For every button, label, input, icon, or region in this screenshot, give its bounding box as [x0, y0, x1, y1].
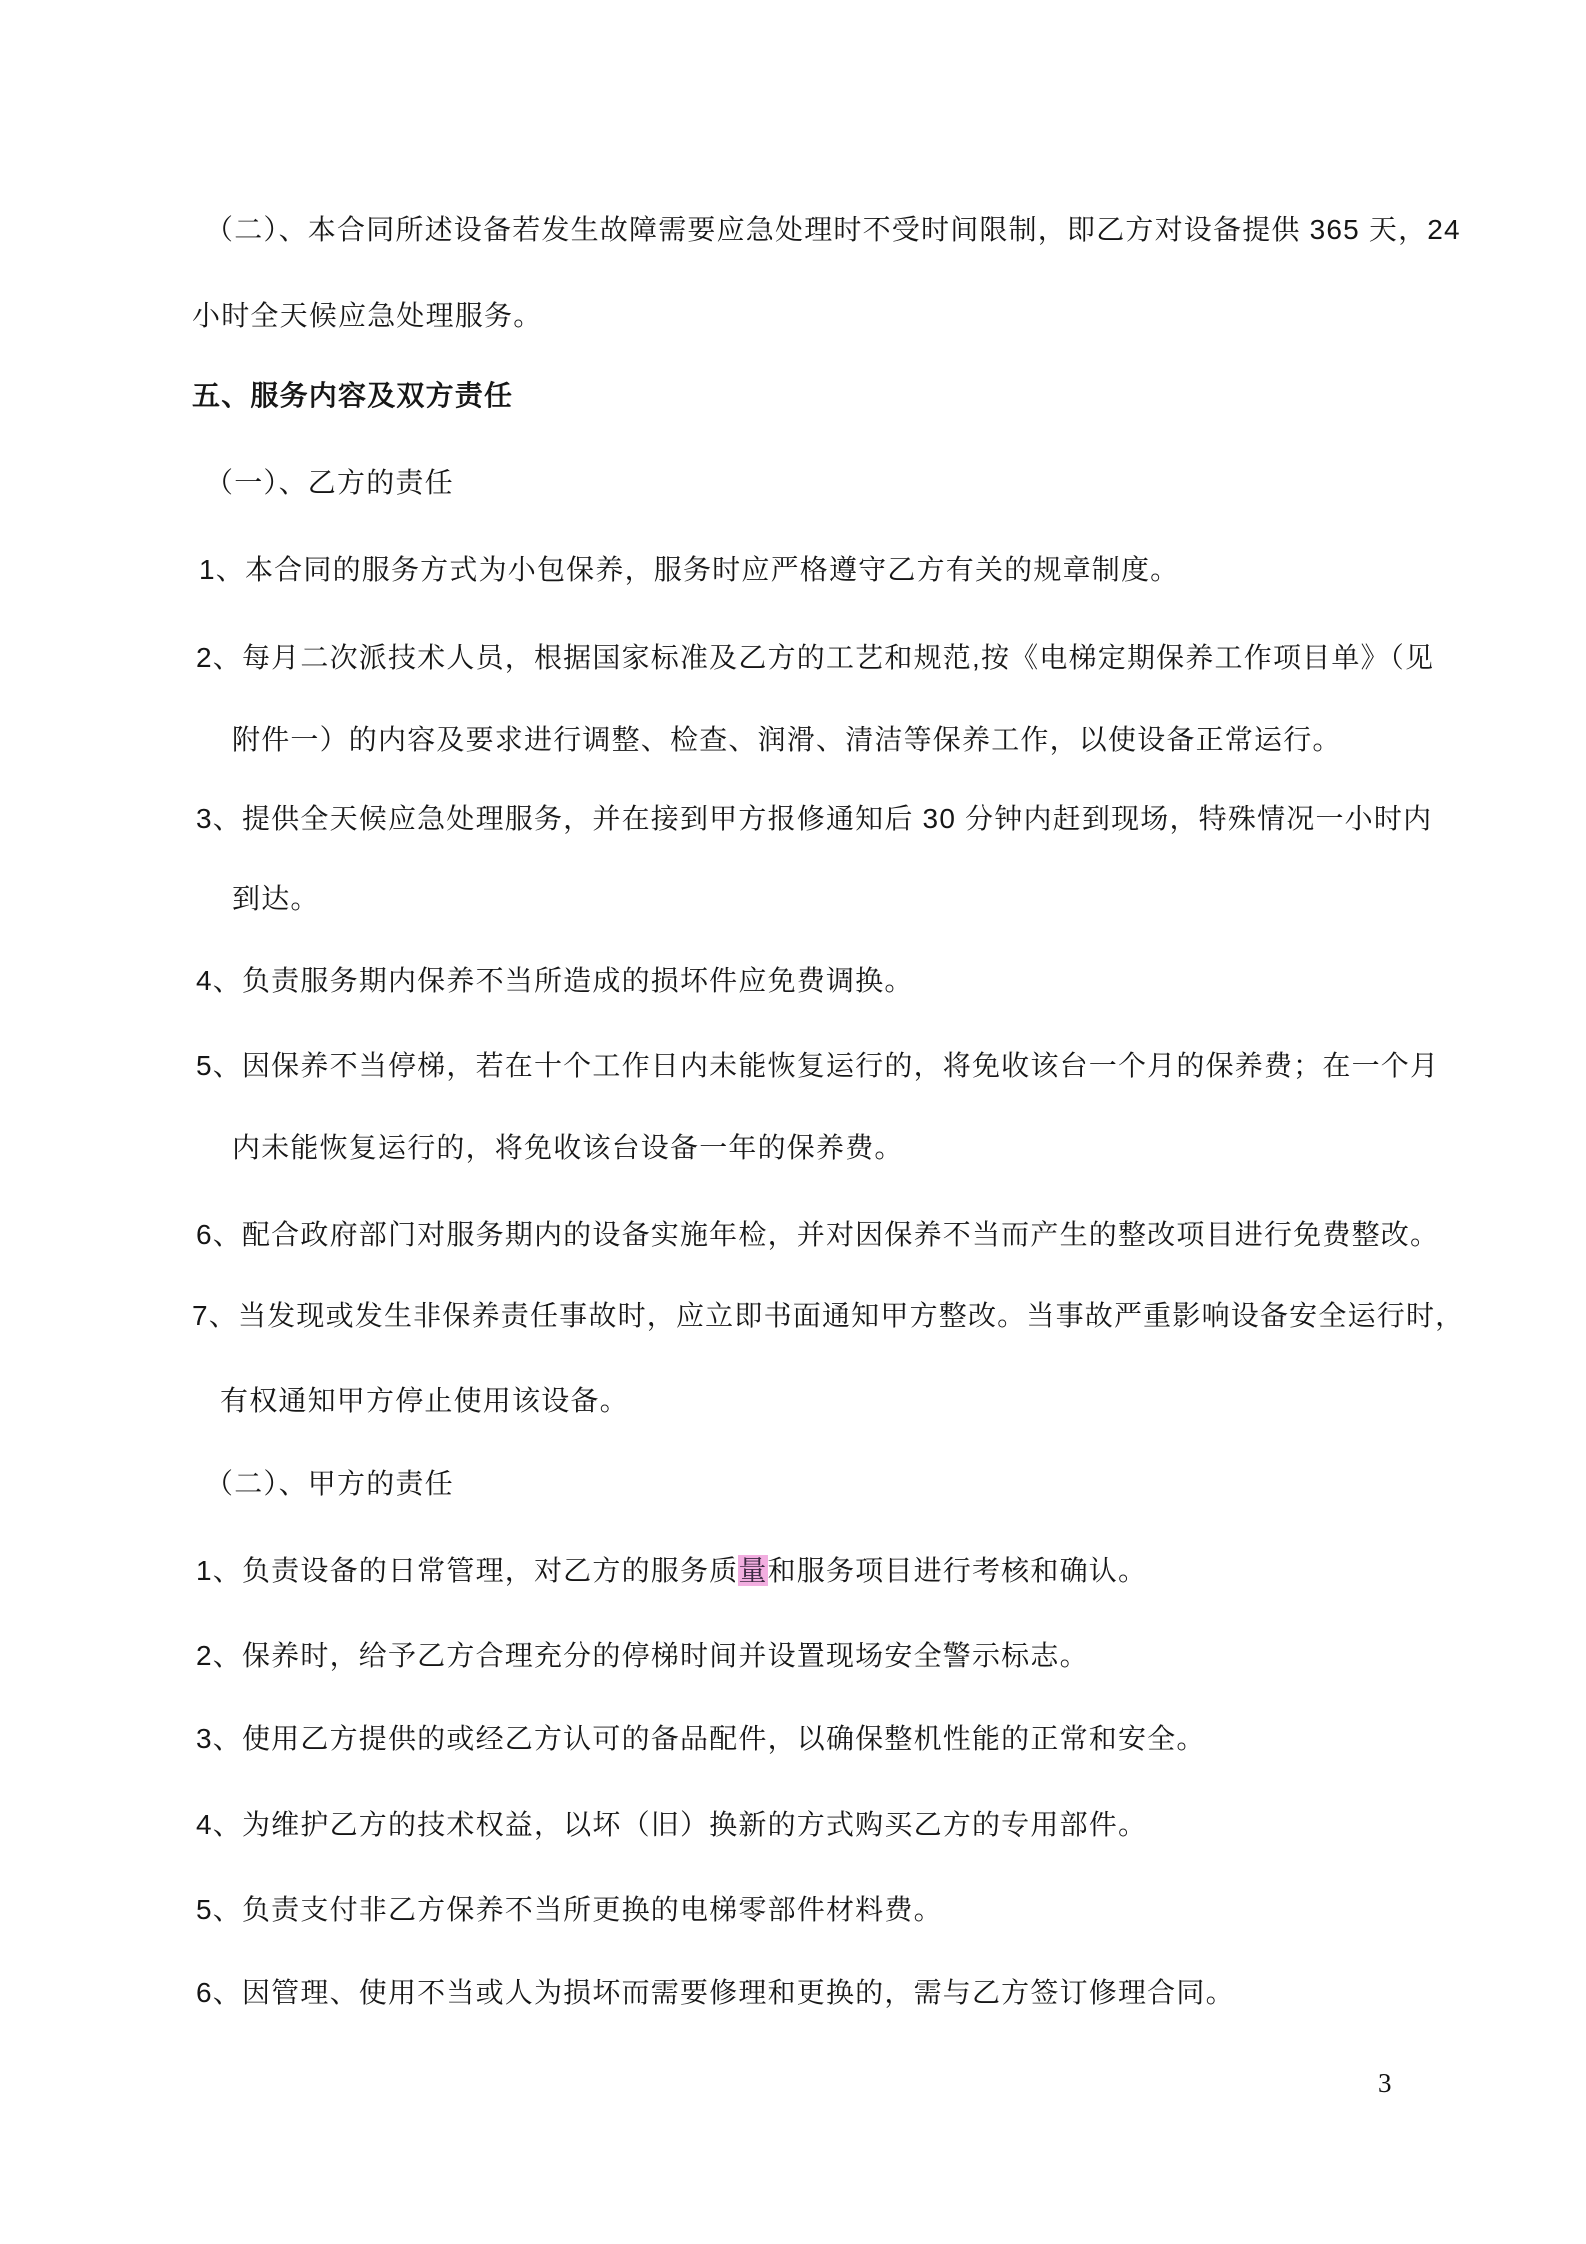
- section-heading-5: 五、服务内容及双方责任: [192, 379, 513, 413]
- party-b-item-2-line-2: 附件一）的内容及要求进行调整、检查、润滑、清洁等保养工作，以使设备正常运行。: [232, 723, 1342, 757]
- document-page: （二）、本合同所述设备若发生故障需要应急处理时不受时间限制，即乙方对设备提供 3…: [0, 0, 1586, 2244]
- party-a-item-6: 6、因管理、使用不当或人为损坏而需要修理和更换的，需与乙方签订修理合同。: [196, 1976, 1235, 2010]
- party-b-item-5-line-2: 内未能恢复运行的，将免收该台设备一年的保养费。: [232, 1131, 904, 1165]
- party-a-item-1: 1、负责设备的日常管理，对乙方的服务质量和服务项目进行考核和确认。: [196, 1554, 1147, 1588]
- page-number: 3: [1378, 2068, 1392, 2099]
- paragraph-clause-2-line-1: （二）、本合同所述设备若发生故障需要应急处理时不受时间限制，即乙方对设备提供 3…: [205, 213, 1461, 247]
- party-b-item-7-line-2: 有权通知甲方停止使用该设备。: [220, 1384, 629, 1418]
- party-b-item-2-line-1: 2、每月二次派技术人员，根据国家标准及乙方的工艺和规范,按《电梯定期保养工作项目…: [196, 641, 1434, 675]
- party-b-item-3-line-1: 3、提供全天候应急处理服务，并在接到甲方报修通知后 30 分钟内赶到现场，特殊情…: [196, 802, 1432, 836]
- party-b-item-1: 1、本合同的服务方式为小包保养，服务时应严格遵守乙方有关的规章制度。: [199, 553, 1179, 587]
- paragraph-clause-2-line-2: 小时全天候应急处理服务。: [192, 299, 542, 333]
- party-b-item-7-line-1: 7、当发现或发生非保养责任事故时，应立即书面通知甲方整改。当事故严重影响设备安全…: [192, 1299, 1464, 1333]
- party-a-item-2: 2、保养时，给予乙方合理充分的停梯时间并设置现场安全警示标志。: [196, 1639, 1089, 1673]
- party-a-item-3: 3、使用乙方提供的或经乙方认可的备品配件，以确保整机性能的正常和安全。: [196, 1722, 1206, 1756]
- party-b-item-5-line-1: 5、因保养不当停梯，若在十个工作日内未能恢复运行的，将免收该台一个月的保养费；在…: [196, 1049, 1439, 1083]
- highlighted-char: 量: [738, 1555, 767, 1586]
- text-segment-pre: 1、负责设备的日常管理，对乙方的服务质: [196, 1555, 738, 1586]
- party-b-item-3-line-2: 到达。: [232, 882, 320, 916]
- party-a-item-5: 5、负责支付非乙方保养不当所更换的电梯零部件材料费。: [196, 1893, 943, 1927]
- party-a-item-4: 4、为维护乙方的技术权益，以坏（旧）换新的方式购买乙方的专用部件。: [196, 1808, 1147, 1842]
- party-b-item-6: 6、配合政府部门对服务期内的设备实施年检，并对因保养不当而产生的整改项目进行免费…: [196, 1218, 1439, 1252]
- party-b-item-4: 4、负责服务期内保养不当所造成的损坏件应免费调换。: [196, 964, 914, 998]
- text-segment-post: 和服务项目进行考核和确认。: [768, 1555, 1148, 1586]
- subsection-heading-party-b: （一）、乙方的责任: [205, 466, 454, 500]
- subsection-heading-party-a: （二）、甲方的责任: [205, 1467, 454, 1501]
